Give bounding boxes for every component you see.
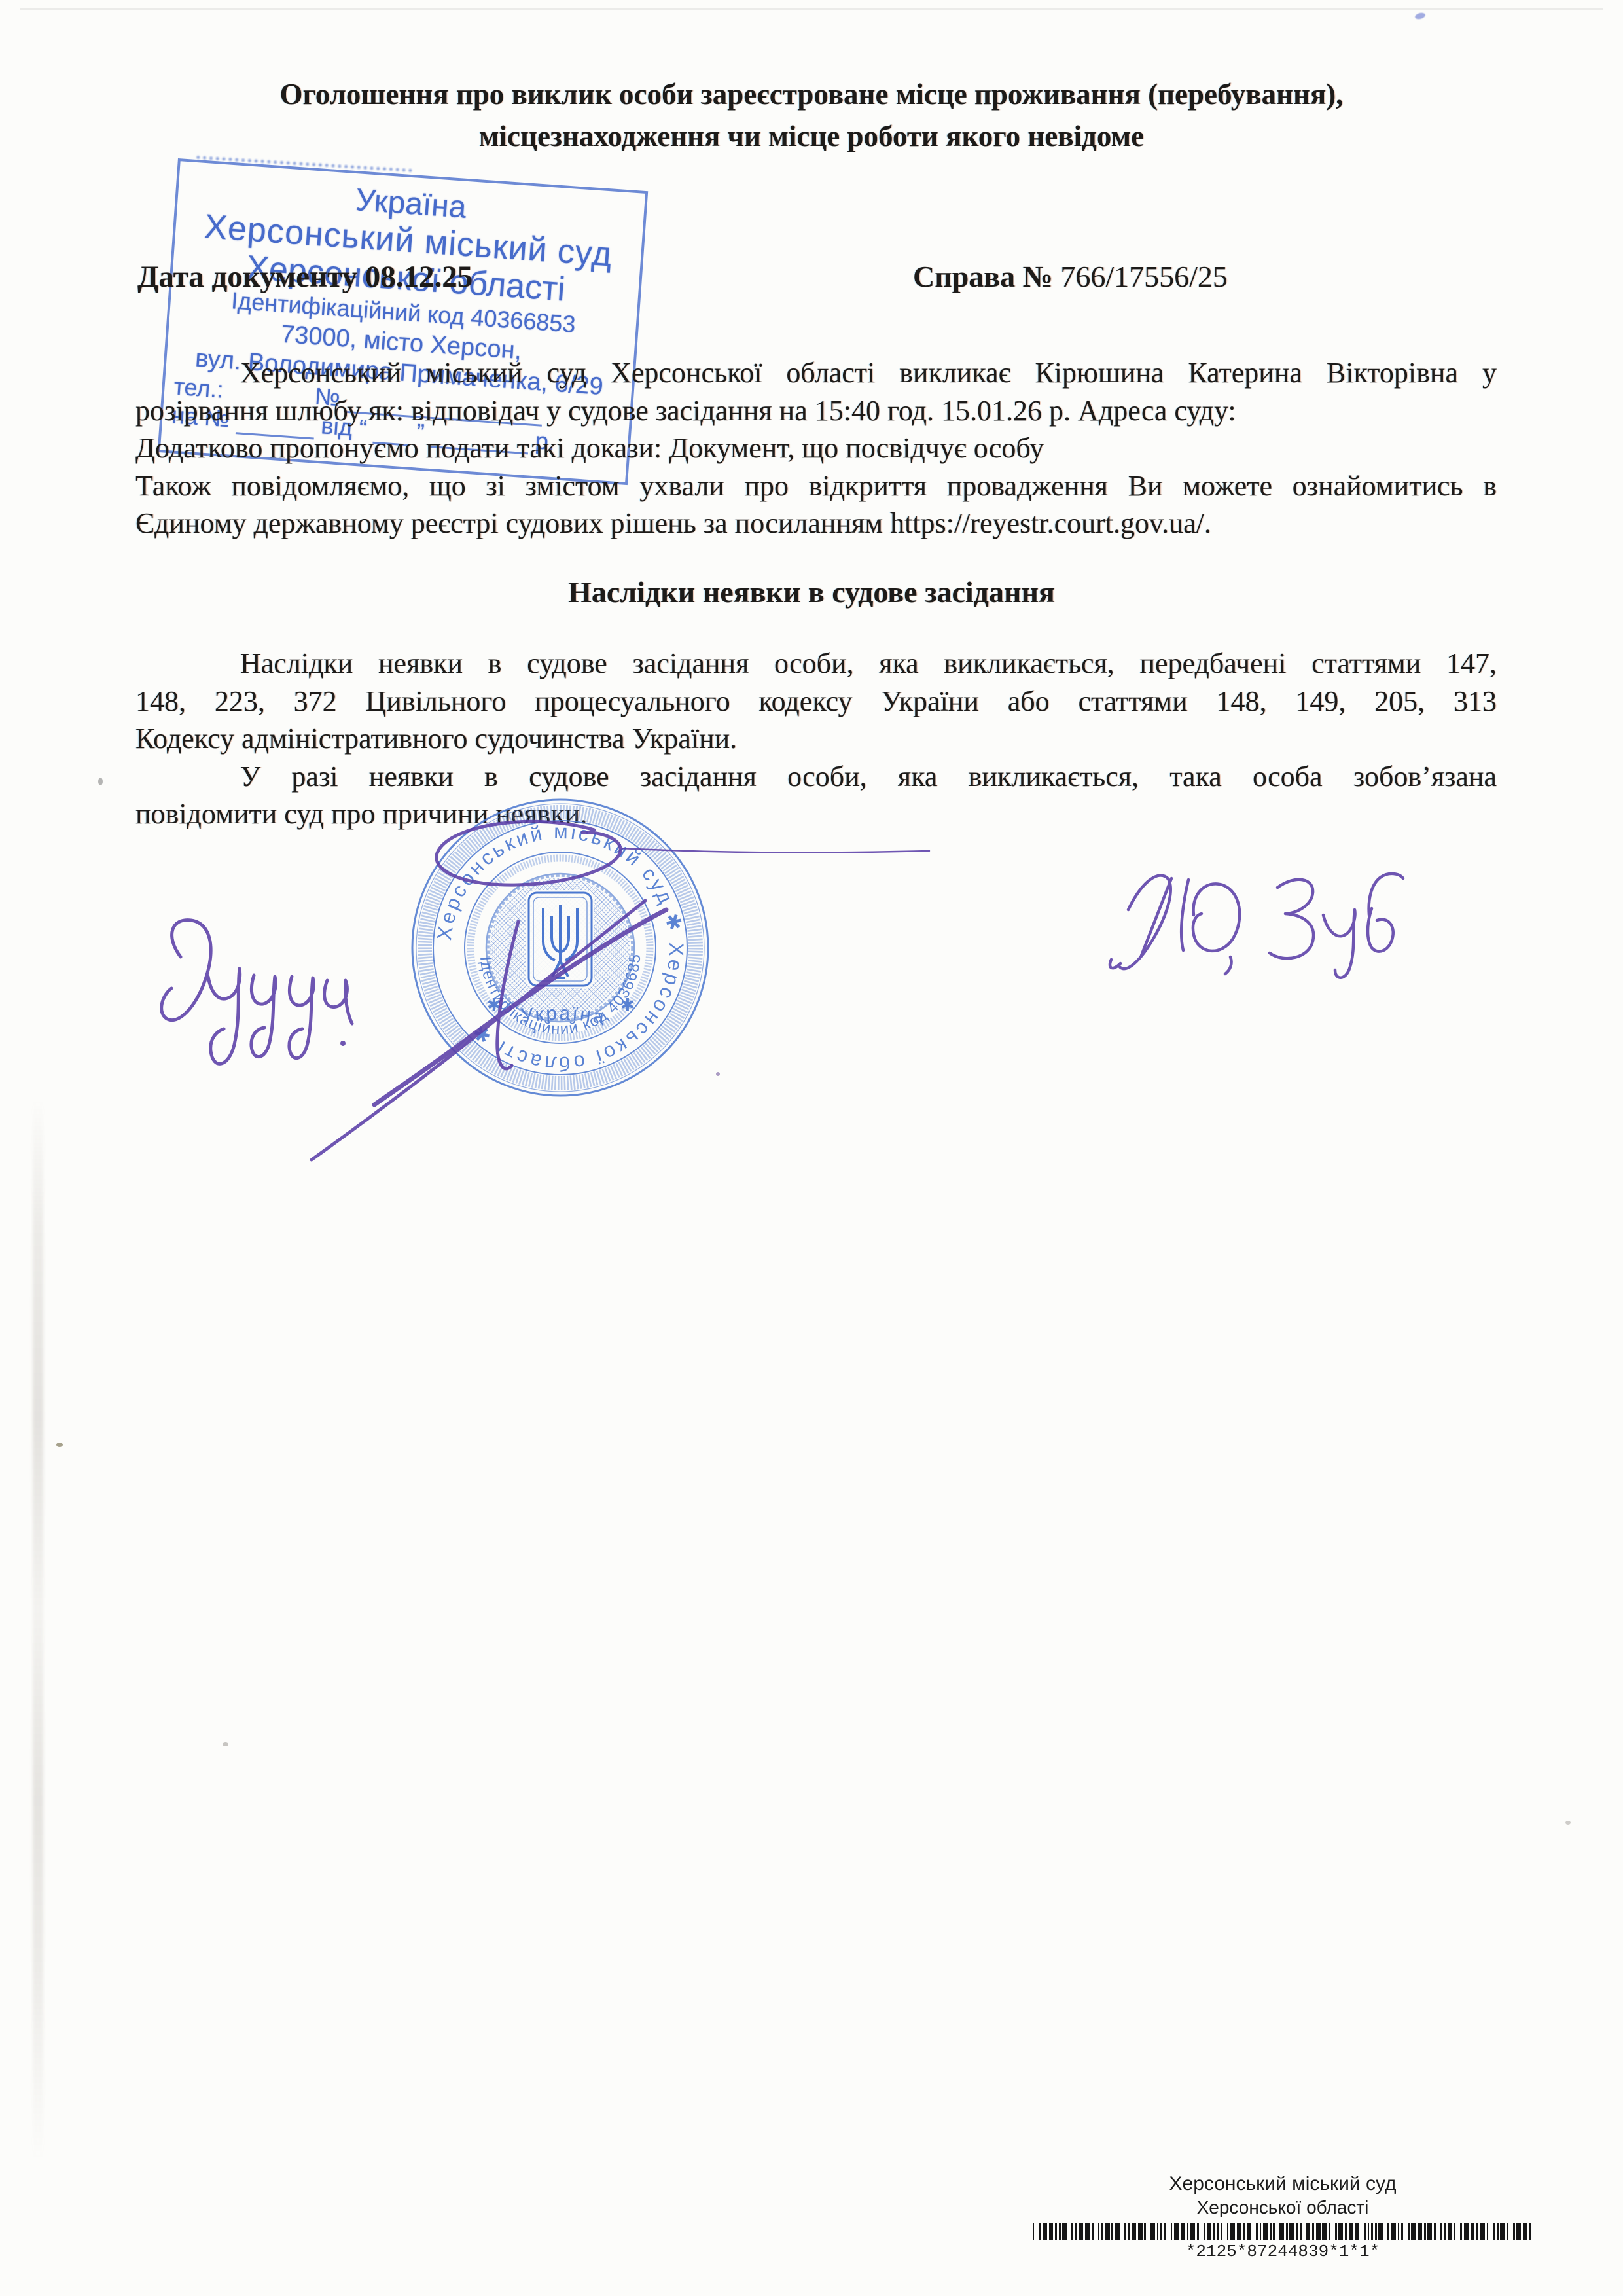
seal-signature-handwriting xyxy=(312,821,929,1160)
ink-speck xyxy=(716,1072,720,1076)
scanner-streak-artifact xyxy=(33,1100,43,2160)
ink-speck xyxy=(98,778,103,785)
ink-speck xyxy=(56,1443,63,1447)
barcode-value: *2125*87244839*1*1* xyxy=(1021,2242,1544,2261)
document-barcode xyxy=(1032,2223,1533,2240)
footer-court-line1: Херсонський міський суд xyxy=(1021,2172,1544,2197)
ink-speck xyxy=(223,1742,228,1746)
judge-name-handwriting xyxy=(1110,874,1403,978)
judge-word-handwriting xyxy=(162,920,352,1064)
footer-court-line2: Херсонської області xyxy=(1021,2197,1544,2219)
scanned-court-document: Оголошення про виклик особи зареєстрован… xyxy=(0,0,1623,2296)
ink-speck xyxy=(1565,1821,1571,1825)
footer-block: Херсонський міський суд Херсонської обла… xyxy=(1021,2172,1544,2261)
handwriting-layer xyxy=(0,0,1623,2296)
